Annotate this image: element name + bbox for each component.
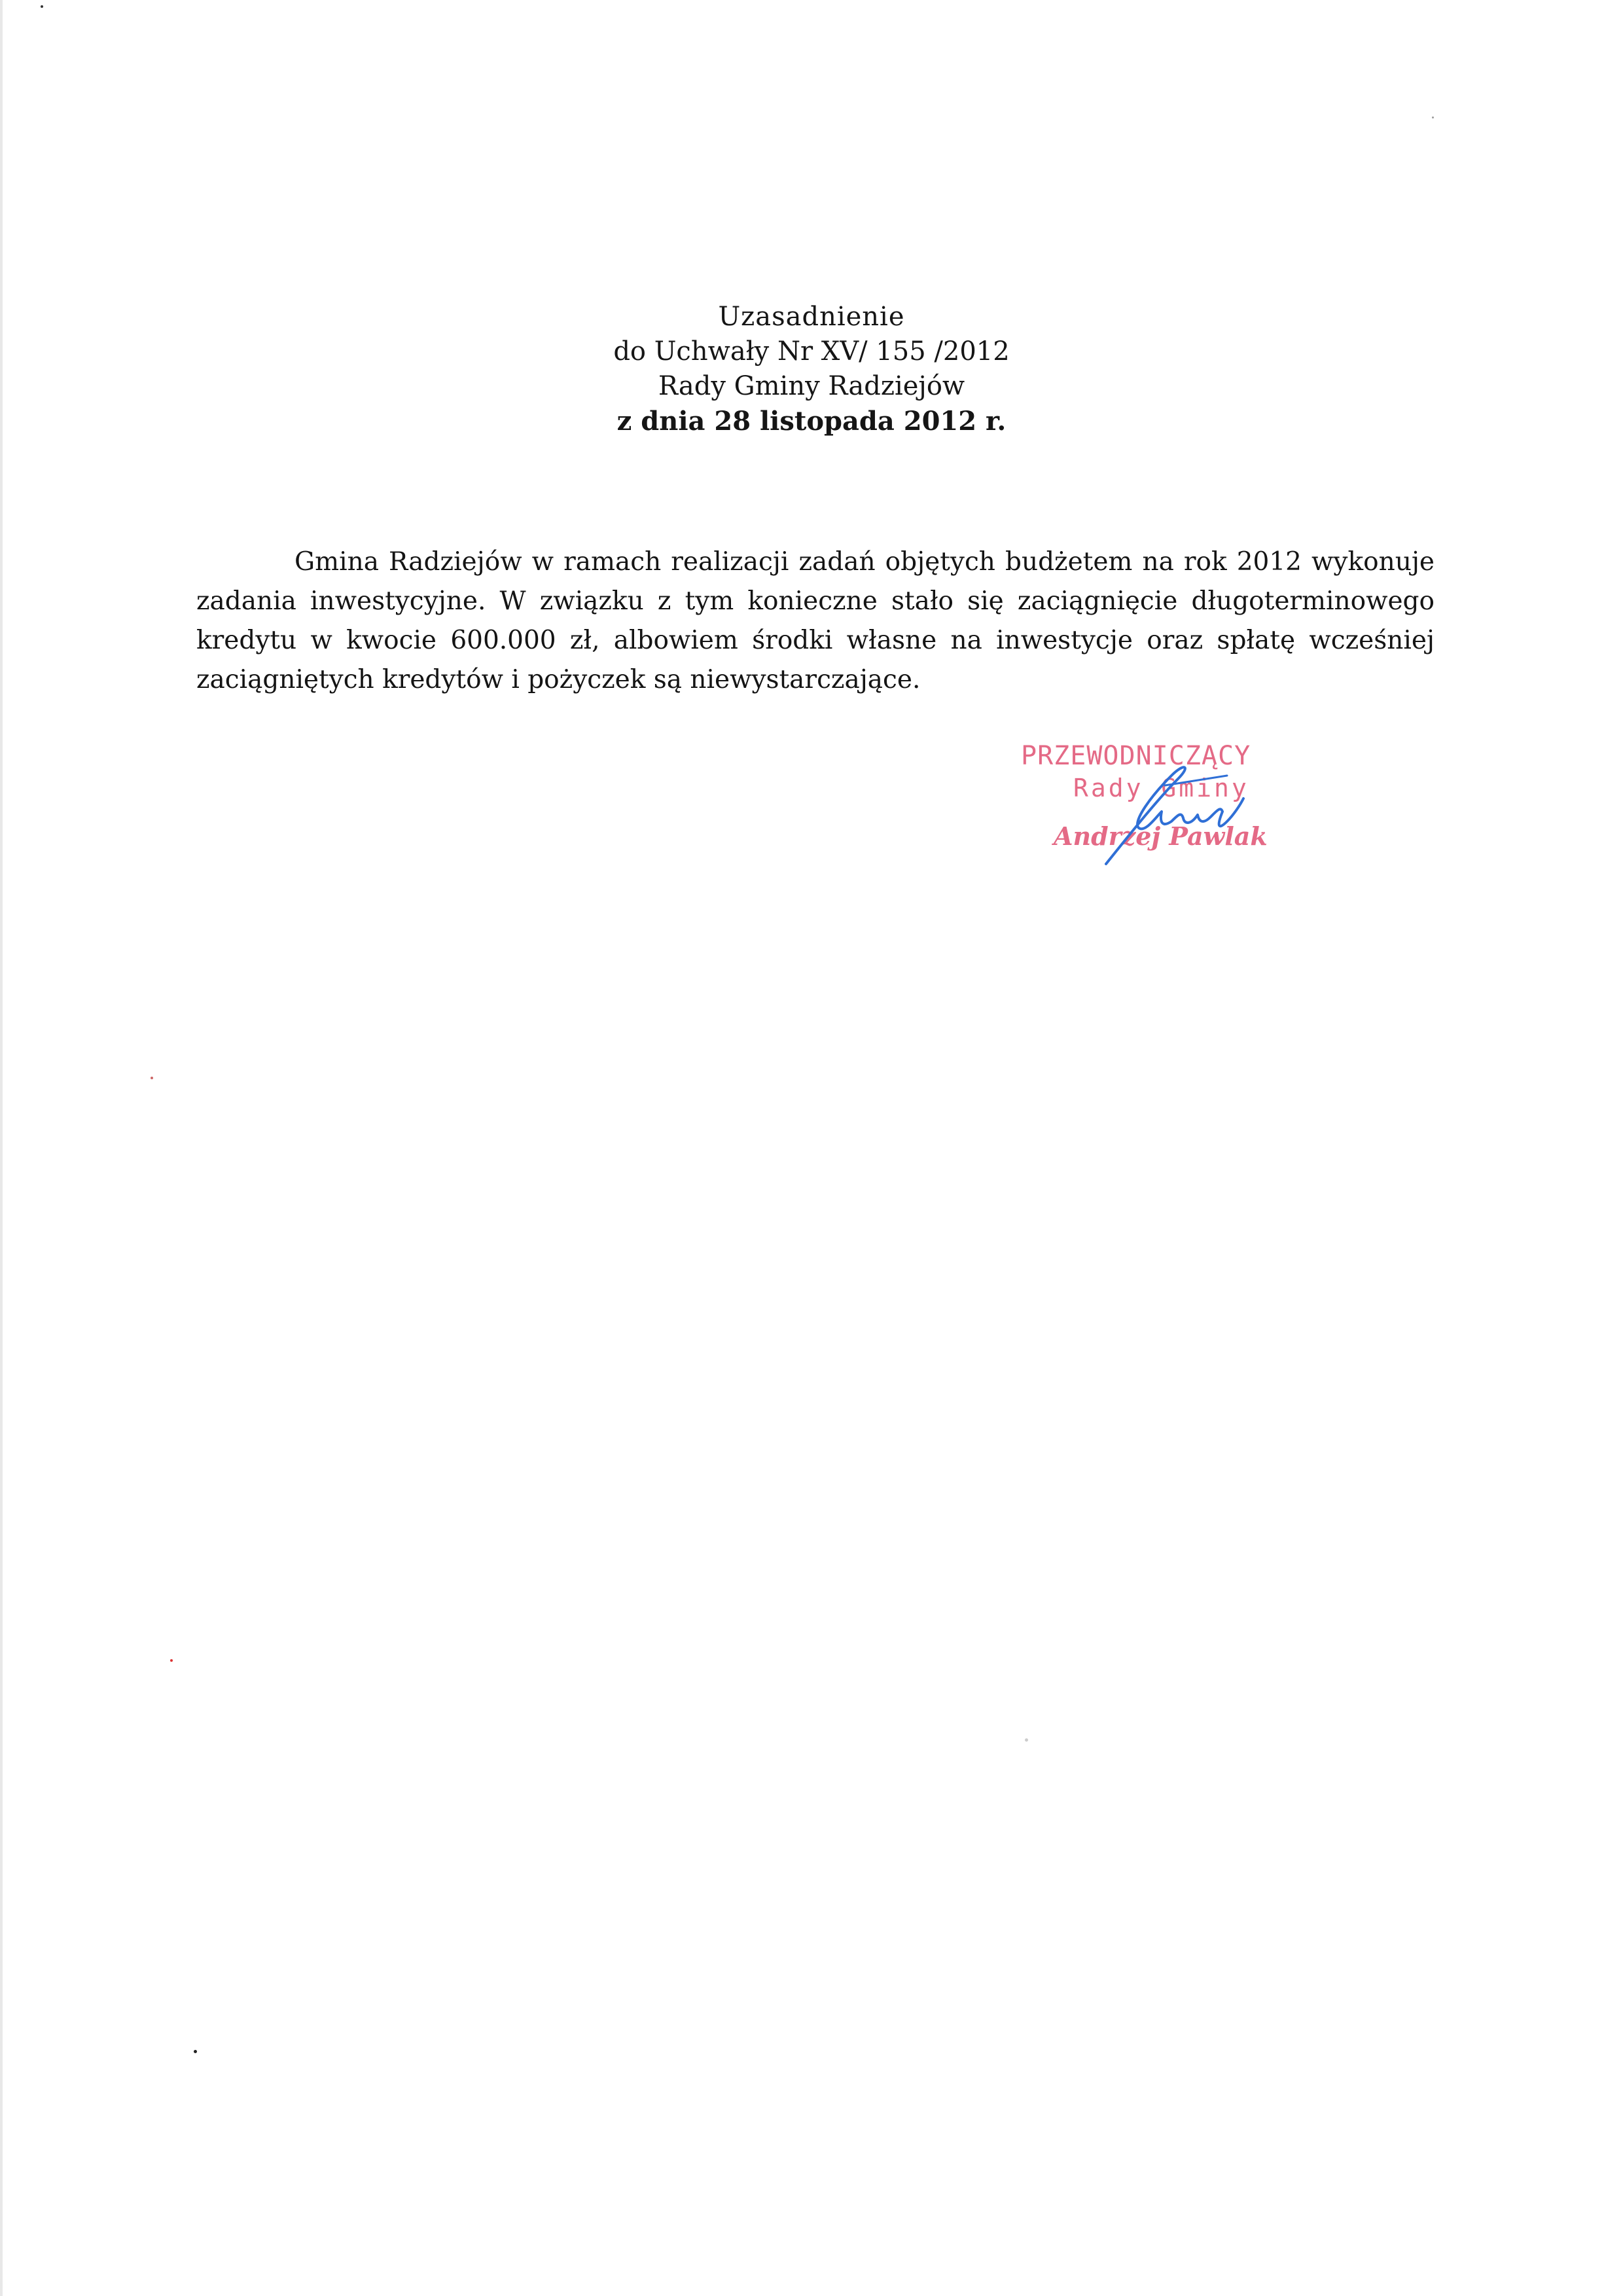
handwritten-signature [1086, 759, 1257, 870]
scan-speck [1025, 1738, 1028, 1742]
council-name: Rady Gminy Radziejów [0, 369, 1623, 404]
scan-speck [194, 2050, 197, 2053]
scan-speck [41, 5, 43, 8]
scan-speck [151, 1077, 153, 1079]
document-title: Uzasadnienie do Uchwały Nr XV/ 155 /2012… [0, 300, 1623, 439]
resolution-number: do Uchwały Nr XV/ 155 /2012 [0, 334, 1623, 369]
scan-speck [170, 1659, 173, 1662]
justification-paragraph: Gmina Radziejów w ramach realizacji zada… [196, 543, 1435, 700]
title-heading: Uzasadnienie [0, 300, 1623, 334]
resolution-date: z dnia 28 listopada 2012 r. [0, 404, 1623, 439]
scan-speck [1432, 117, 1434, 118]
